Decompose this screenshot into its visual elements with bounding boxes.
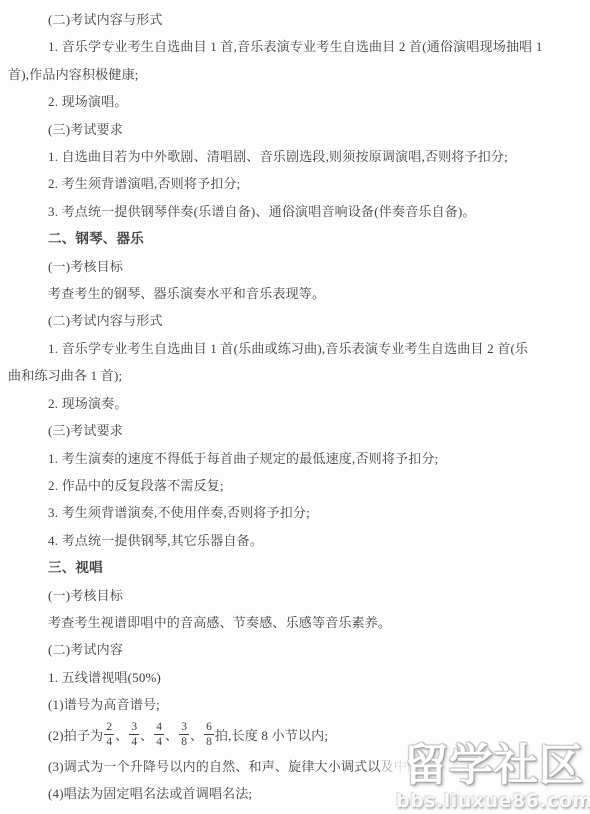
meter-prefix: (2)拍子为 — [48, 728, 103, 743]
body-paragraph-piano-item-2: 2. 现场演奏。 — [8, 390, 560, 417]
body-line: 1. 音乐学专业考生自选曲目 1 首(乐曲或练习曲),音乐表演专业考生自选曲目 … — [8, 335, 560, 362]
body-paragraph-mode: (3)调式为一个升降号以内的自然、和声、旋律大小调式以及中国民族调式; — [8, 753, 560, 780]
body-paragraph-goal-desc-2: 考查考生视谱即唱中的音高感、节奏感、乐感等音乐素养。 — [8, 609, 560, 636]
heading-section-sight-singing: 三、视唱 — [8, 554, 560, 581]
body-paragraph-goal-desc-1: 考查考生的钢琴、器乐演奏水平和音乐表现等。 — [8, 280, 560, 307]
subheading-exam-requirements-2: (三)考试要求 — [8, 417, 560, 444]
body-paragraph-solmization: (4)唱法为固定唱名法或首调唱名法; — [8, 780, 560, 807]
fraction-separator: 、 — [190, 728, 203, 743]
subheading-exam-requirements-1: (三)考试要求 — [8, 116, 560, 143]
body-paragraph-staff-sight-singing: 1. 五线谱视唱(50%) — [8, 664, 560, 691]
body-paragraph-piano-req-4: 4. 考点统一提供钢琴,其它乐器自备。 — [8, 527, 560, 554]
document-body: (二)考试内容与形式 1. 音乐学专业考生自选曲目 1 首,音乐表演专业考生自选… — [0, 0, 590, 807]
subheading-exam-content-form-2: (二)考试内容与形式 — [8, 307, 560, 334]
body-line: 首),作品内容积极健康; — [8, 61, 560, 88]
body-paragraph-requirement-2: 2. 考生须背谱演唱,否则将予扣分; — [8, 170, 560, 197]
body-paragraph-requirement-3: 3. 考点统一提供钢琴伴奏(乐谱自备)、通俗演唱音响设备(伴奏音乐自备)。 — [8, 198, 560, 225]
fraction-separator: 、 — [115, 728, 128, 743]
subheading-exam-content: (二)考试内容 — [8, 636, 560, 663]
subheading-assessment-goal-1: (一)考核目标 — [8, 253, 560, 280]
document-page: { "page": { "background_color": "#fdfdfd… — [0, 0, 590, 814]
body-paragraph-clef: (1)谱号为高音谱号; — [8, 691, 560, 718]
body-paragraph-vocal-item-2: 2. 现场演唱。 — [8, 88, 560, 115]
body-paragraph-piano-req-1: 1. 考生演奏的速度不得低于每首曲子规定的最低速度,否则将予扣分; — [8, 445, 560, 472]
body-paragraph-piano-req-2: 2. 作品中的反复段落不需反复; — [8, 472, 560, 499]
fraction-6-8: 68 — [204, 721, 214, 748]
body-line: 1. 音乐学专业考生自选曲目 1 首,音乐表演专业考生自选曲目 2 首(通俗演唱… — [8, 33, 560, 60]
body-paragraph-vocal-item-1: 1. 音乐学专业考生自选曲目 1 首,音乐表演专业考生自选曲目 2 首(通俗演唱… — [8, 33, 560, 88]
body-paragraph-piano-item-1: 1. 音乐学专业考生自选曲目 1 首(乐曲或练习曲),音乐表演专业考生自选曲目 … — [8, 335, 560, 390]
fraction-separator: 、 — [165, 728, 178, 743]
subheading-exam-content-form-1: (二)考试内容与形式 — [8, 6, 560, 33]
body-paragraph-requirement-1: 1. 自选曲目若为中外歌剧、清唱剧、音乐剧选段,则须按原调演唱,否则将予扣分; — [8, 143, 560, 170]
fraction-2-4: 24 — [104, 721, 114, 748]
fraction-3-4: 34 — [129, 721, 139, 748]
body-paragraph-meter: (2)拍子为24、34、44、38、68拍,长度 8 小节以内; — [8, 719, 560, 753]
body-line: 曲和练习曲各 1 首); — [8, 362, 560, 389]
fraction-separator: 、 — [140, 728, 153, 743]
meter-suffix: 拍,长度 8 小节以内; — [215, 728, 328, 743]
heading-section-piano-instruments: 二、钢琴、器乐 — [8, 225, 560, 252]
fraction-4-4: 44 — [154, 721, 164, 748]
body-paragraph-piano-req-3: 3. 考生须背谱演奏,不使用伴奏,否则将予扣分; — [8, 499, 560, 526]
subheading-assessment-goal-2: (一)考核目标 — [8, 582, 560, 609]
fraction-3-8: 38 — [179, 721, 189, 748]
